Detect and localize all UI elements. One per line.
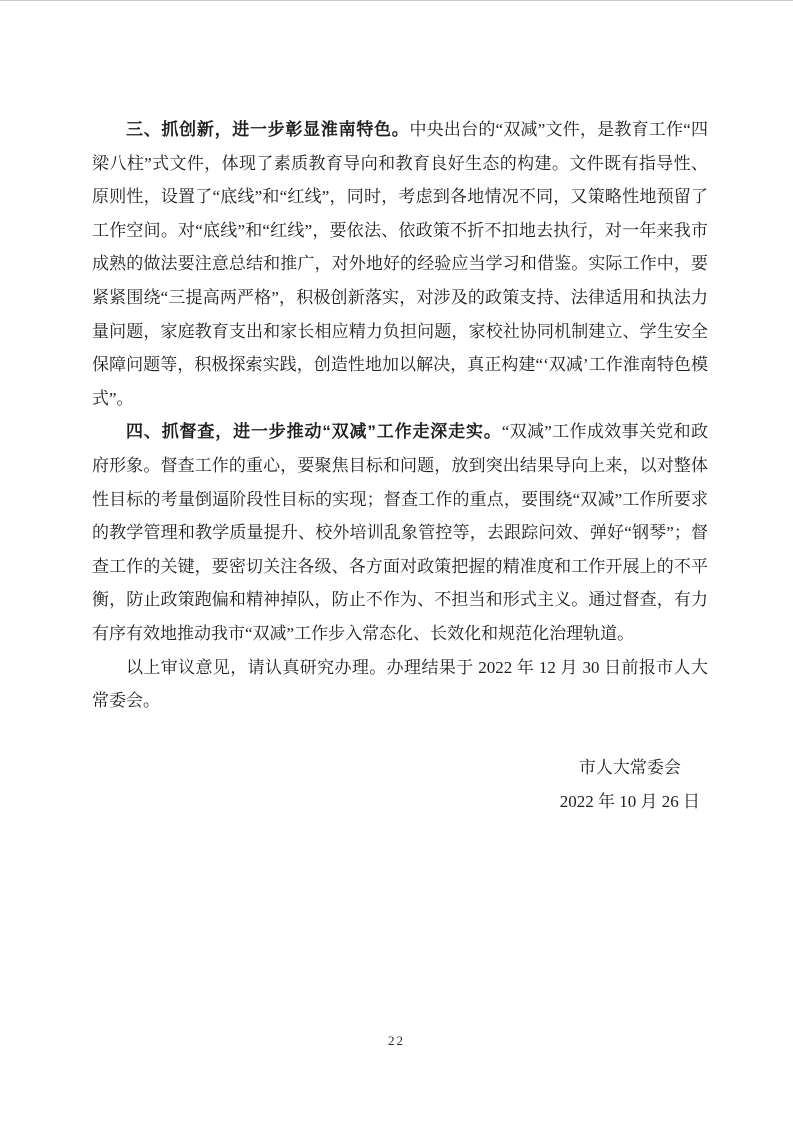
paragraph-section-4: 四、抓督查，进一步推动“双减”工作走深走实。“双减”工作成效事关党和政府形象。督… <box>92 415 708 650</box>
signature-block: 市人大常委会 2022 年 10 月 26 日 <box>92 751 708 818</box>
page-number: 22 <box>0 1033 793 1049</box>
section-4-body-text: “双减”工作成效事关党和政府形象。督查工作的重心，要聚焦目标和问题，放到突出结果… <box>92 422 708 643</box>
signature-authority: 市人大常委会 <box>560 751 700 785</box>
document-page: 三、抓创新，进一步彰显淮南特色。中央出台的“双减”文件，是教育工作“四梁八柱”式… <box>0 0 793 1122</box>
signature-date: 2022 年 10 月 26 日 <box>560 785 700 819</box>
paragraph-section-3: 三、抓创新，进一步彰显淮南特色。中央出台的“双减”文件，是教育工作“四梁八柱”式… <box>92 113 708 415</box>
section-3-body-text: 中央出台的“双减”文件，是教育工作“四梁八柱”式文件，体现了素质教育导向和教育良… <box>92 120 708 408</box>
paragraph-closing: 以上审议意见，请认真研究办理。办理结果于 2022 年 12 月 30 日前报市… <box>92 651 708 718</box>
section-4-heading: 四、抓督查，进一步推动“双减”工作走深走实。 <box>126 422 502 441</box>
document-body: 三、抓创新，进一步彰显淮南特色。中央出台的“双减”文件，是教育工作“四梁八柱”式… <box>92 113 708 818</box>
section-3-heading: 三、抓创新，进一步彰显淮南特色。 <box>126 120 409 139</box>
closing-text: 以上审议意见，请认真研究办理。办理结果于 2022 年 12 月 30 日前报市… <box>92 658 708 711</box>
